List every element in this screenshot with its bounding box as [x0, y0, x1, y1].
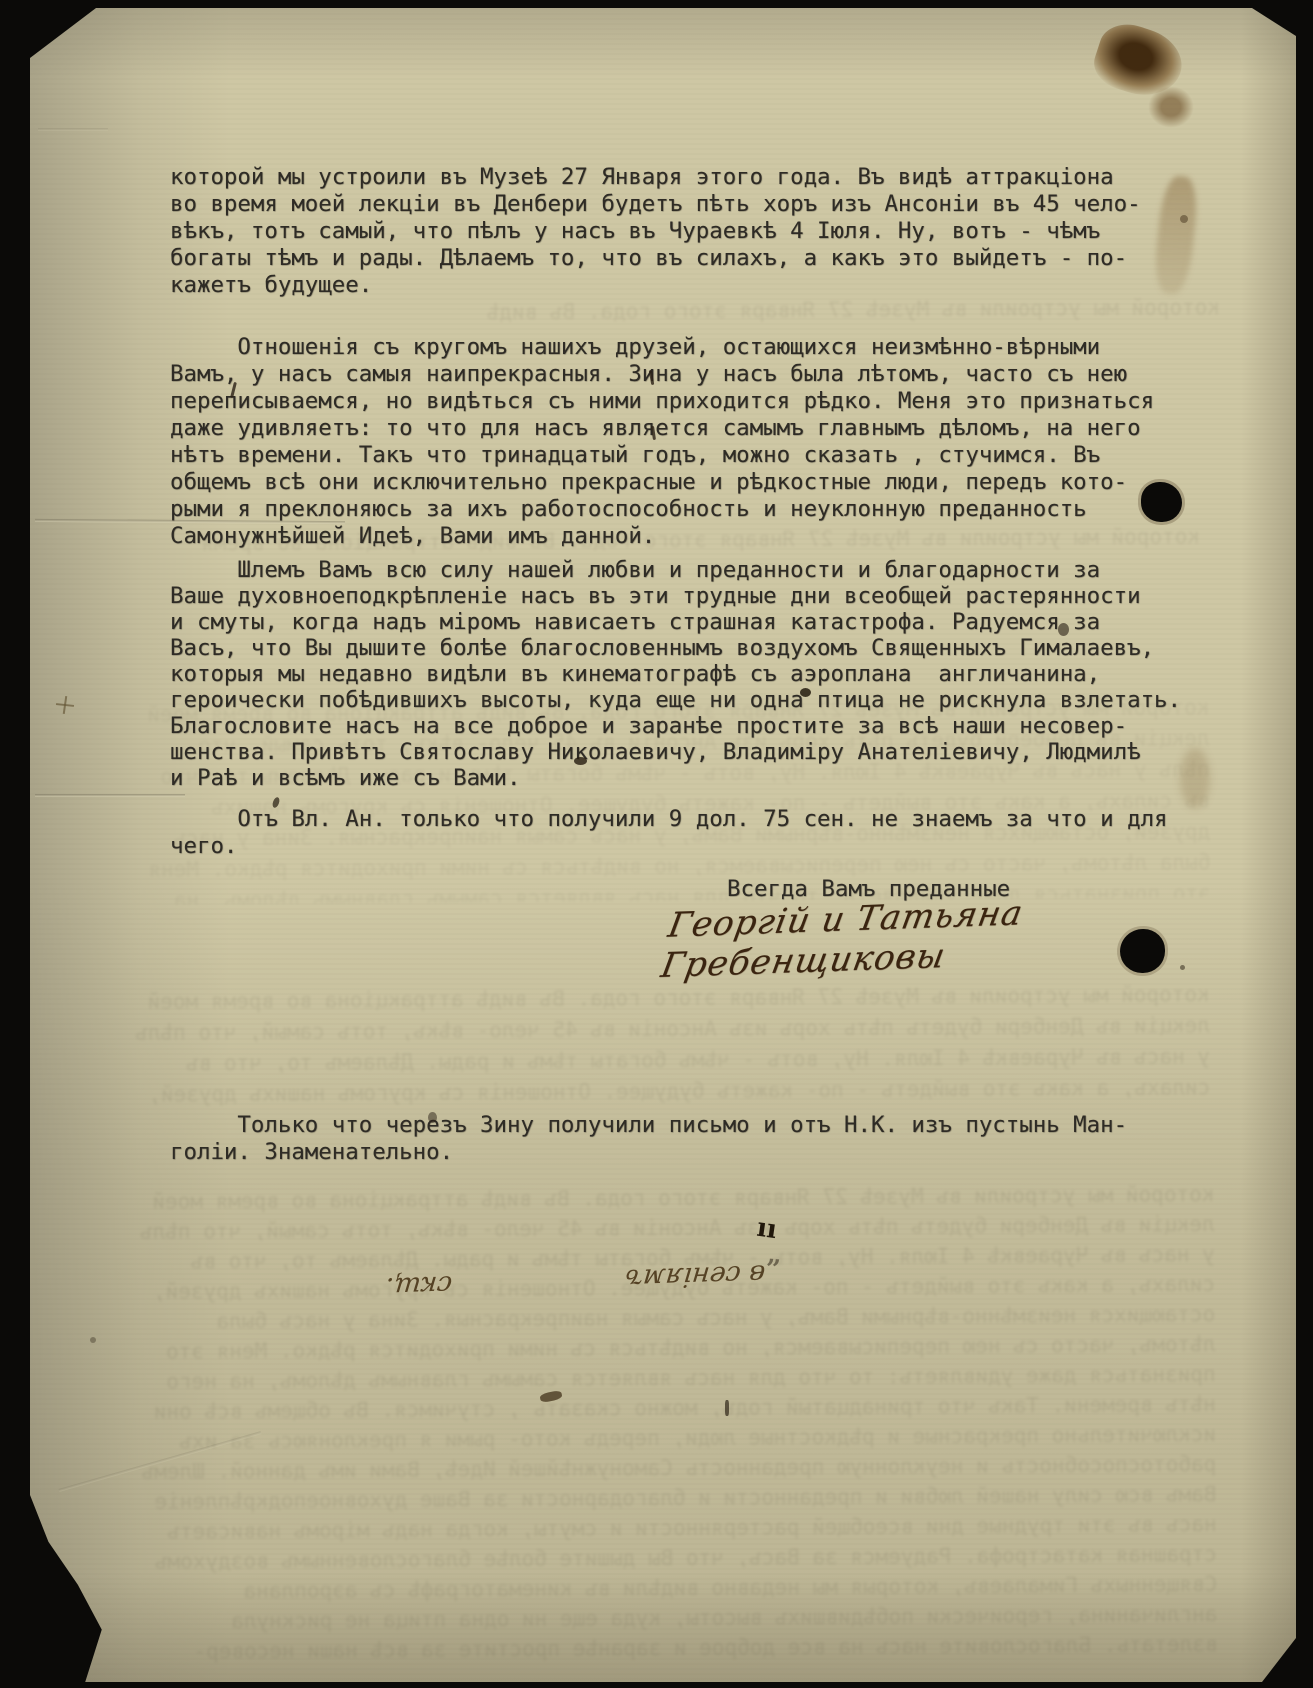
- typed-line: и Раѣ и всѣмъ иже съ Вами.: [170, 765, 1222, 791]
- paragraph-museum-concert: которой мы устроили въ Музеѣ 27 Января э…: [170, 164, 1222, 299]
- typed-line: кажетъ будущее.: [170, 272, 1222, 299]
- paragraph-money-received: Отъ Вл. Ан. только что получили 9 дол. 7…: [170, 806, 1222, 860]
- corner-cut: [1262, 1638, 1296, 1682]
- typed-line: вѣкъ, тотъ самый, что пѣлъ у насъ въ Чур…: [170, 218, 1222, 245]
- punch-hole: [1120, 929, 1165, 973]
- ink-correction-stroke: [428, 1112, 437, 1123]
- bleedthrough-text: которой мы устроили въ Музеѣ 27 Января э…: [118, 1179, 1217, 1669]
- typed-line: Ваше духовноеподкрѣпленіе насъ въ эти тр…: [170, 583, 1222, 609]
- handwritten-note-part: в сеніямъ: [623, 1259, 766, 1295]
- postscript-paragraph: Только что черезъ Зину получили письмо и…: [170, 1112, 1222, 1166]
- typed-line: Самонужнѣйшей Идеѣ, Вами имъ данной.: [170, 523, 1222, 550]
- ink-speck: [800, 688, 811, 697]
- typed-line: даже удивляетъ: то что для насъ является…: [170, 415, 1222, 442]
- fold-crease: [38, 128, 108, 131]
- paragraph-circle-of-friends: Отношенія съ кругомъ нашихъ друзей, оста…: [170, 334, 1222, 550]
- typed-line: голіи. Знаменательно.: [170, 1139, 1222, 1166]
- ink-speck: [90, 1337, 96, 1343]
- fold-crease: [35, 794, 185, 797]
- typed-line: нѣтъ времени. Такъ что тринадцатый годъ,…: [170, 442, 1222, 469]
- handwritten-note-part: скщ.: [383, 1270, 453, 1303]
- torn-corner: [30, 1495, 122, 1682]
- ink-speck: [574, 757, 587, 765]
- corner-cut: [1252, 8, 1296, 36]
- punch-hole: [1141, 482, 1182, 522]
- typed-line: Только что черезъ Зину получили письмо и…: [170, 1112, 1222, 1139]
- letter-page: которой мы устроили въ Музеѣ 27 Января э…: [30, 8, 1296, 1682]
- typed-line: которыя мы недавно видѣли въ кинематогра…: [170, 661, 1222, 687]
- typed-line: переписываемся, но видѣться съ ними прих…: [170, 388, 1222, 415]
- typed-line: героически побѣдившихъ высоты, куда еще …: [170, 687, 1222, 713]
- corner-cut: [30, 8, 96, 58]
- typed-line: которой мы устроили въ Музеѣ 27 Января э…: [170, 164, 1222, 191]
- typed-line: Отношенія съ кругомъ нашихъ друзей, оста…: [170, 334, 1222, 361]
- typed-line: чего.: [170, 833, 1222, 860]
- typed-line: Васъ, что Вы дышите болѣе благословенным…: [170, 635, 1222, 661]
- typed-line: Благословите насъ на все доброе и заранѣ…: [170, 713, 1222, 739]
- bleedthrough-text: которой мы устроили въ Музеѣ 27 Января э…: [130, 979, 1211, 1113]
- typed-line: Отъ Вл. Ан. только что получили 9 дол. 7…: [170, 806, 1222, 833]
- typed-line: рыми я преклоняюсь за ихъ работоспособно…: [170, 496, 1222, 523]
- typed-line: Вамъ, у насъ самыя наипрекрасныя. Зина у…: [170, 361, 1222, 388]
- pen-quote-mark: „: [766, 1240, 783, 1271]
- typed-line: богаты тѣмъ и рады. Дѣлаемъ то, что въ с…: [170, 245, 1222, 272]
- typed-line: во время моей лекціи въ Денбери будетъ п…: [170, 191, 1222, 218]
- brown-stain: [1148, 86, 1194, 128]
- typed-line: Шлемъ Вамъ всю силу нашей любви и предан…: [170, 557, 1222, 583]
- brown-stain: [1180, 748, 1210, 808]
- ink-speck: [725, 1400, 729, 1416]
- ink-correction-stroke: [1058, 623, 1069, 636]
- typed-line: шенства. Привѣтъ Святославу Николаевичу,…: [170, 739, 1222, 765]
- typed-line: общемъ всѣ они исключительно прекрасные …: [170, 469, 1222, 496]
- margin-cross-mark: [56, 696, 74, 714]
- ink-speck: [1180, 965, 1185, 970]
- paragraph-gratitude-himalayas: Шлемъ Вамъ всю силу нашей любви и предан…: [170, 557, 1222, 791]
